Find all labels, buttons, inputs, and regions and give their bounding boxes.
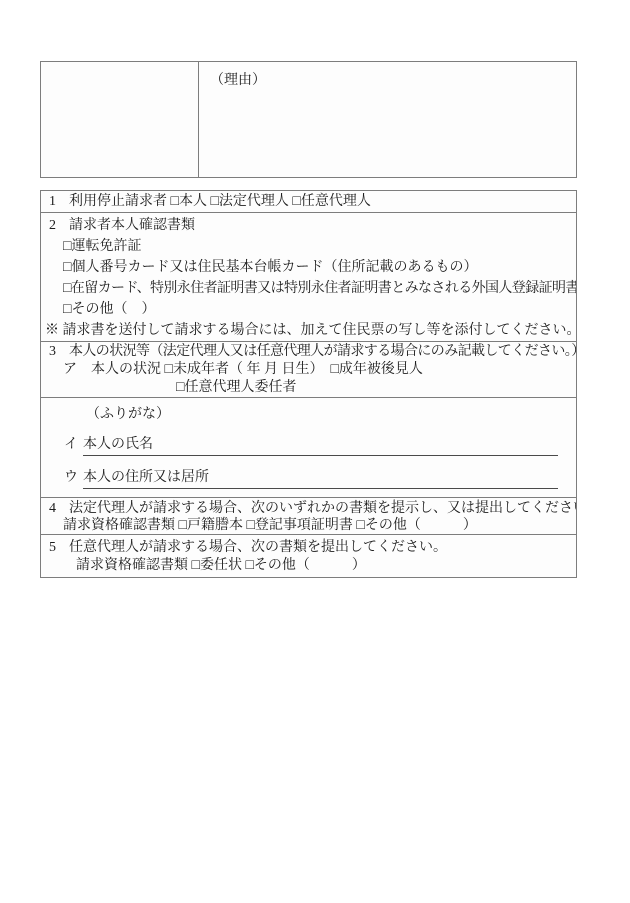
- mail-request-note: ※ 請求書を送付して請求する場合には、加えて住民票の写し等を添付してください。: [45, 320, 570, 341]
- reason-empty-cell: [41, 62, 199, 177]
- voluntary-agent-title-line: 5任意代理人が請求する場合、次の書類を提出してください。: [49, 539, 570, 557]
- request-form-table: 1利用停止請求者 □本人 □法定代理人 □任意代理人 2請求者本人確認書類 □運…: [40, 190, 577, 578]
- form-row-legal-agent-documents: 4法定代理人が請求する場合、次のいずれかの書類を提示し、又は提出してください。 …: [41, 497, 576, 534]
- legal-agent-title-line: 4法定代理人が請求する場合、次のいずれかの書類を提示し、又は提出してください。: [49, 500, 570, 517]
- form-row-requester: 1利用停止請求者 □本人 □法定代理人 □任意代理人: [41, 191, 576, 212]
- sub-item-u: ウ: [64, 468, 78, 489]
- furigana-label: （ふりがな）: [86, 405, 570, 425]
- document-page: （理由） 1利用停止請求者 □本人 □法定代理人 □任意代理人 2請求者本人確認…: [0, 0, 630, 903]
- principal-name-field-row: イ本人の氏名: [64, 435, 558, 456]
- item-number-3: 3: [49, 343, 69, 361]
- form-row-identity-documents: 2請求者本人確認書類 □運転免許証 □個人番号カード又は住民基本台帳カード（住所…: [41, 212, 576, 341]
- principal-status-title-line: 3本人の状況等（法定代理人又は任意代理人が請求する場合にのみ記載してください。）: [49, 343, 570, 361]
- requester-options: 利用停止請求者 □本人 □法定代理人 □任意代理人: [69, 194, 371, 209]
- item-number-1: 1: [49, 193, 69, 211]
- item-number-4: 4: [49, 500, 69, 517]
- form-row-voluntary-agent-documents: 5任意代理人が請求する場合、次の書類を提出してください。 請求資格確認書類 □委…: [41, 534, 576, 577]
- item-number-5: 5: [49, 539, 69, 557]
- item-number-2: 2: [49, 215, 69, 236]
- reason-table: （理由）: [40, 61, 577, 178]
- requester-line: 1利用停止請求者 □本人 □法定代理人 □任意代理人: [49, 193, 570, 211]
- sub-item-i: イ: [64, 435, 78, 456]
- voluntary-agent-title: 任意代理人が請求する場合、次の書類を提出してください。: [69, 540, 447, 555]
- checkbox-option-residence-card: □在留カード、特別永住者証明書又は特別永住者証明書とみなされる外国人登録証明書: [49, 278, 570, 299]
- principal-name-field: 本人の氏名: [83, 435, 558, 456]
- principal-status-title: 本人の状況等（法定代理人又は任意代理人が請求する場合にのみ記載してください。）: [69, 344, 576, 359]
- principal-address-field-row: ウ本人の住所又は居所: [64, 468, 558, 489]
- identity-documents-title: 請求者本人確認書類: [69, 218, 195, 233]
- reason-label: （理由）: [210, 73, 266, 88]
- principal-status-options-line: ア 本人の状況 □未成年者（ 年 月 日生） □成年被後見人: [49, 361, 570, 379]
- checkbox-option-mynumber-card: □個人番号カード又は住民基本台帳カード（住所記載のあるもの）: [49, 257, 570, 278]
- reason-cell: （理由）: [199, 62, 576, 177]
- checkbox-option-voluntary-agent-delegator: □任意代理人委任者: [49, 379, 570, 397]
- legal-agent-document-options: 請求資格確認書類 □戸籍謄本 □登記事項証明書 □その他（ ）: [49, 517, 570, 534]
- checkbox-option-drivers-license: □運転免許証: [49, 236, 570, 257]
- form-row-principal-name-address: （ふりがな） イ本人の氏名 ウ本人の住所又は居所: [41, 397, 576, 497]
- checkbox-option-other-document: □その他（ ）: [49, 299, 570, 320]
- voluntary-agent-document-options: 請求資格確認書類 □委任状 □その他（ ）: [49, 557, 570, 575]
- principal-address-field: 本人の住所又は居所: [83, 468, 558, 489]
- form-row-principal-status: 3本人の状況等（法定代理人又は任意代理人が請求する場合にのみ記載してください。）…: [41, 341, 576, 397]
- legal-agent-title: 法定代理人が請求する場合、次のいずれかの書類を提示し、又は提出してください。: [69, 501, 576, 516]
- identity-documents-title-line: 2請求者本人確認書類: [49, 215, 570, 236]
